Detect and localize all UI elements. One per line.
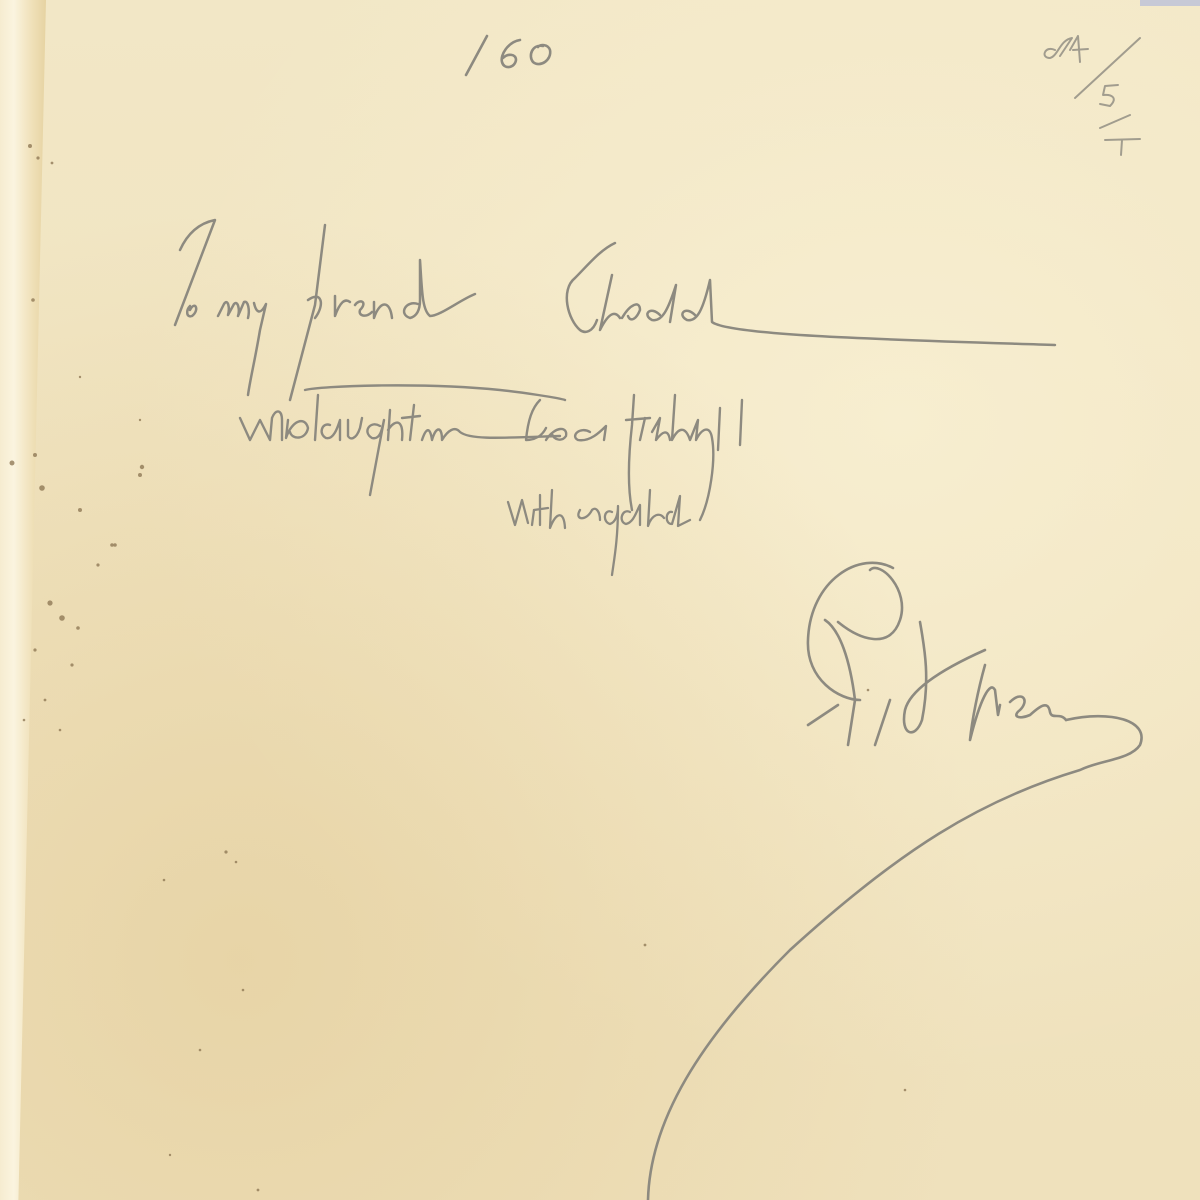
inscription-line-3 — [508, 490, 690, 575]
pencil-inscription — [0, 0, 1200, 1200]
inscription-line-1 — [175, 220, 1055, 400]
catalog-note-mark — [1045, 36, 1140, 155]
signature — [648, 563, 1142, 1200]
page-number-mark — [466, 36, 550, 75]
inscription-line-2 — [240, 385, 742, 520]
book-flyleaf: 160 24/5/T To my friend Skedd who taught… — [0, 0, 1200, 1200]
